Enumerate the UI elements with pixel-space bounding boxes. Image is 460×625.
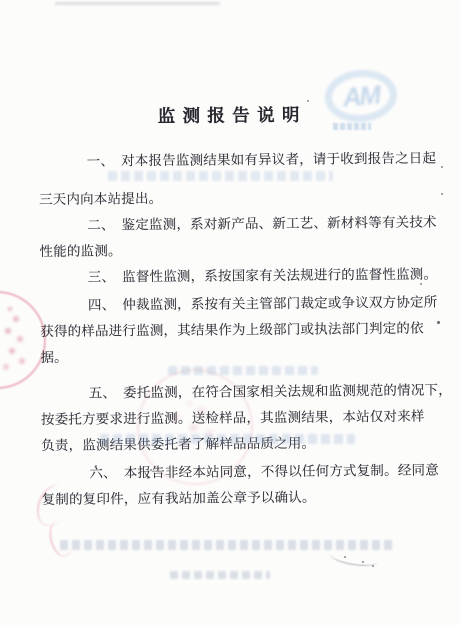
clause-line: 四、 仲裁监测，系按有关主管部门裁定或争议双方协定所 bbox=[40, 290, 422, 319]
ink-speck bbox=[362, 561, 364, 563]
ink-speck bbox=[344, 556, 346, 558]
clause-4: 四、 仲裁监测，系按有关主管部门裁定或争议双方协定所 获得的样品进行监测，其结果… bbox=[40, 290, 423, 371]
stamp-character-marks bbox=[8, 307, 12, 311]
clause-3: 三、 监督性监测，系按国家有关法规进行的监督性监测。 bbox=[40, 262, 422, 291]
clause-line: 获得的样品进行监测，其结果作为上级部门或执法部门判定的依 bbox=[40, 316, 422, 345]
bleedthrough-line bbox=[60, 540, 395, 550]
clause-line: 性能的监测。 bbox=[39, 236, 421, 265]
ink-speck bbox=[372, 565, 374, 567]
ink-speck bbox=[147, 477, 149, 479]
clause-line: 五、 委托监测，在符合国家相关法规和监测规范的情况下， bbox=[41, 378, 423, 407]
bleedthrough-line bbox=[170, 571, 270, 579]
bleedthrough-line bbox=[100, 434, 355, 444]
clause-line: 六、 本报告非经本站同意，不得以任何方式复制。经同意 bbox=[41, 458, 423, 487]
clause-2: 二、 鉴定监测，系对新产品、新工艺、新材料等有关技术 性能的监测。 bbox=[39, 210, 421, 265]
clause-line: 三、 监督性监测，系按国家有关法规进行的监督性监测。 bbox=[40, 262, 422, 291]
ink-speck bbox=[441, 193, 443, 195]
ink-speck bbox=[95, 465, 97, 467]
ink-speck bbox=[420, 283, 422, 285]
page-title: 监 测 报 告 说 明 bbox=[38, 101, 420, 130]
clause-5: 五、 委托监测，在符合国家相关法规和监测规范的情况下， 按委托方要求进行监测。送… bbox=[41, 378, 424, 459]
clause-6: 六、 本报告非经本站同意，不得以任何方式复制。经同意 复制的复印件，应有我站加盖… bbox=[41, 458, 423, 513]
ink-speck bbox=[437, 321, 440, 324]
red-stamp-swirl bbox=[46, 518, 76, 559]
clause-line: 复制的复印件，应有我站加盖公章予以确认。 bbox=[42, 484, 424, 513]
bleedthrough-line bbox=[168, 366, 318, 375]
scan-smudge bbox=[55, 2, 220, 5]
ink-speck bbox=[150, 469, 152, 471]
clause-line: 二、 鉴定监测，系对新产品、新工艺、新材料等有关技术 bbox=[39, 210, 421, 239]
clause-line: 按委托方要求进行监测。送检样品，其监测结果，本站仅对来样 bbox=[41, 404, 423, 433]
document-body: 监 测 报 告 说 明 一、 对本报告监测结果如有异议者，请于收到报告之日起 三… bbox=[38, 101, 424, 513]
scanned-document-page: AM 监 测 报 告 说 明 一、 对本报告监测结果如有异议者，请于收到报告之日… bbox=[0, 0, 460, 625]
bleedthrough-line bbox=[108, 171, 333, 181]
ink-speck bbox=[307, 100, 309, 102]
clause-line: 三天内向本站提出。 bbox=[39, 184, 421, 213]
ink-speck bbox=[441, 166, 443, 168]
